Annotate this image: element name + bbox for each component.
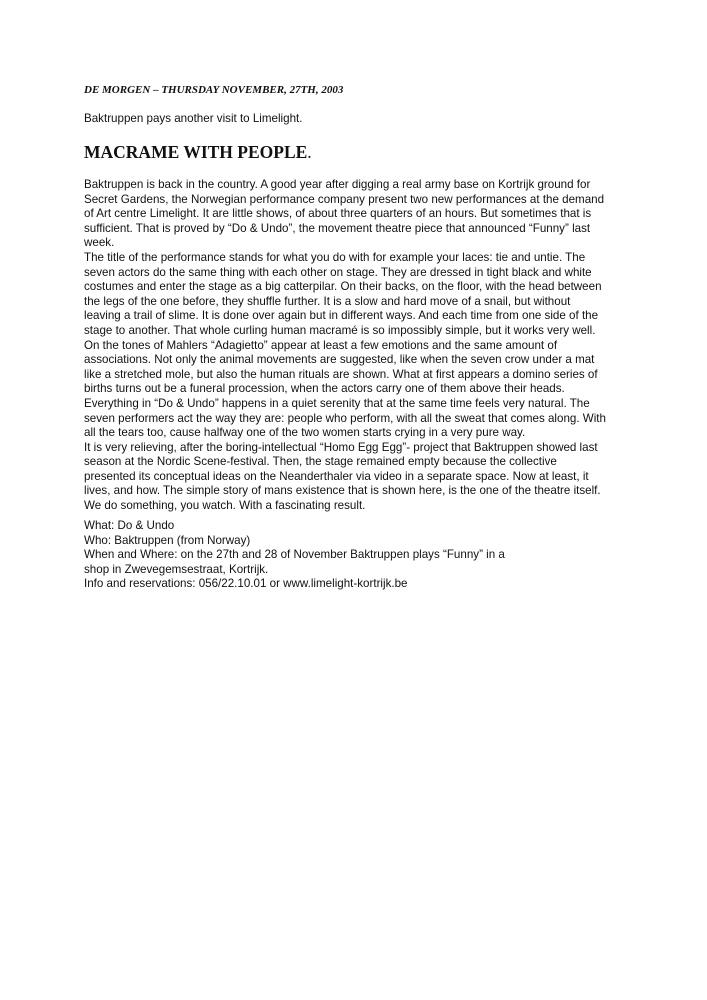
body-line: associations. Not only the animal moveme…: [84, 353, 606, 368]
body-line: sufficient. That is proved by “Do & Undo…: [84, 222, 606, 237]
info-what: What: Do & Undo: [84, 519, 505, 534]
subheading: Baktruppen pays another visit to Limelig…: [84, 112, 302, 125]
info-who: Who: Baktruppen (from Norway): [84, 534, 505, 549]
body-line: It is very relieving, after the boring-i…: [84, 441, 606, 456]
body-line: costumes and enter the stage as a big ca…: [84, 280, 606, 295]
body-line: presented its conceptual ideas on the Ne…: [84, 470, 606, 485]
body-line: The title of the performance stands for …: [84, 251, 606, 266]
body-line: births turns out be a funeral procession…: [84, 382, 606, 397]
title-text: MACRAME WITH PEOPLE: [84, 142, 307, 162]
body-line: all the tears too, cause halfway one of …: [84, 426, 606, 441]
article-body: Baktruppen is back in the country. A goo…: [84, 178, 606, 514]
body-line: week.: [84, 236, 606, 251]
event-info: What: Do & Undo Who: Baktruppen (from No…: [84, 519, 505, 592]
info-reservations: Info and reservations: 056/22.10.01 or w…: [84, 577, 505, 592]
body-line: leaving a trail of slime. It is done ove…: [84, 309, 606, 324]
body-line: We do something, you watch. With a fasci…: [84, 499, 606, 514]
title-punct: .: [307, 142, 311, 162]
body-line: stage to another. That whole curling hum…: [84, 324, 606, 339]
article-title: MACRAME WITH PEOPLE.: [84, 142, 312, 163]
info-when-where: When and Where: on the 27th and 28 of No…: [84, 548, 505, 563]
body-line: Everything in “Do & Undo” happens in a q…: [84, 397, 606, 412]
body-line: seven performers act the way they are: p…: [84, 412, 606, 427]
dateline: DE MORGEN – THURSDAY NOVEMBER, 27TH, 200…: [84, 84, 343, 96]
body-line: seven actors do the same thing with each…: [84, 266, 606, 281]
body-line: of Art centre Limelight. It are little s…: [84, 207, 606, 222]
body-line: lives, and how. The simple story of mans…: [84, 484, 606, 499]
info-when-where-cont: shop in Zwevegemsestraat, Kortrijk.: [84, 563, 505, 578]
body-line: the legs of the one before, they shuffle…: [84, 295, 606, 310]
body-line: season at the Nordic Scene-festival. The…: [84, 455, 606, 470]
body-line: like a stretched mole, but also the huma…: [84, 368, 606, 383]
body-line: On the tones of Mahlers “Adagietto” appe…: [84, 339, 606, 354]
body-line: Baktruppen is back in the country. A goo…: [84, 178, 606, 193]
body-line: Secret Gardens, the Norwegian performanc…: [84, 193, 606, 208]
